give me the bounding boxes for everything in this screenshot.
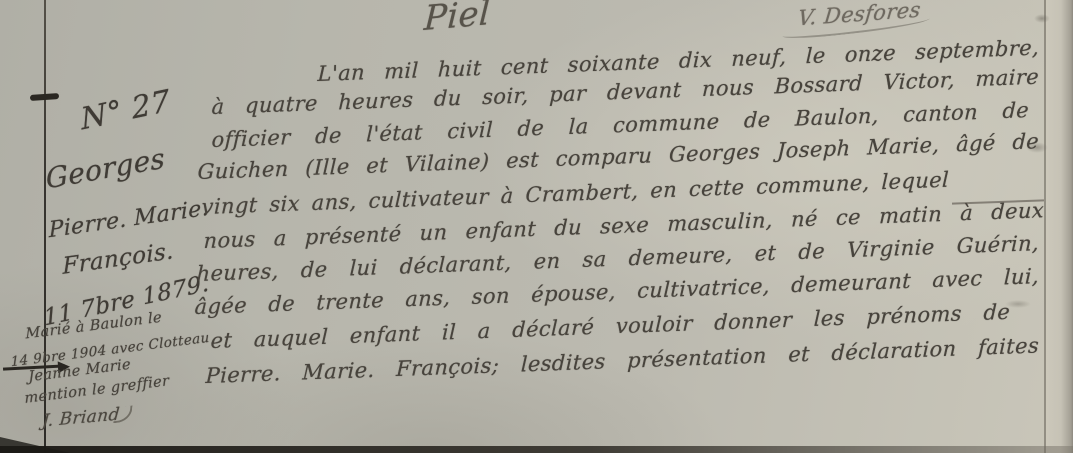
registry-page-scan: Piel V. Desfores N° 27 Georges Pierre. M… bbox=[0, 0, 1073, 453]
margin-name-line: Georges bbox=[45, 141, 166, 195]
page-bottom-edge bbox=[0, 446, 1073, 453]
margin-name-line: François. bbox=[62, 238, 174, 280]
page-right-edge bbox=[1046, 0, 1073, 453]
ink-blot-mark bbox=[30, 93, 59, 101]
page-surname-header: Piel bbox=[423, 0, 491, 39]
margin-rule-line bbox=[44, 0, 46, 453]
corner-signature: V. Desfores bbox=[797, 0, 922, 30]
margin-name-line: Pierre. Marie. bbox=[48, 196, 209, 244]
act-number: N° 27 bbox=[79, 84, 172, 138]
clerk-signature: J. Briand bbox=[41, 404, 120, 431]
page-corner-shadow bbox=[0, 437, 70, 453]
pencil-smudge bbox=[1034, 14, 1050, 23]
page-crease bbox=[1044, 0, 1046, 453]
